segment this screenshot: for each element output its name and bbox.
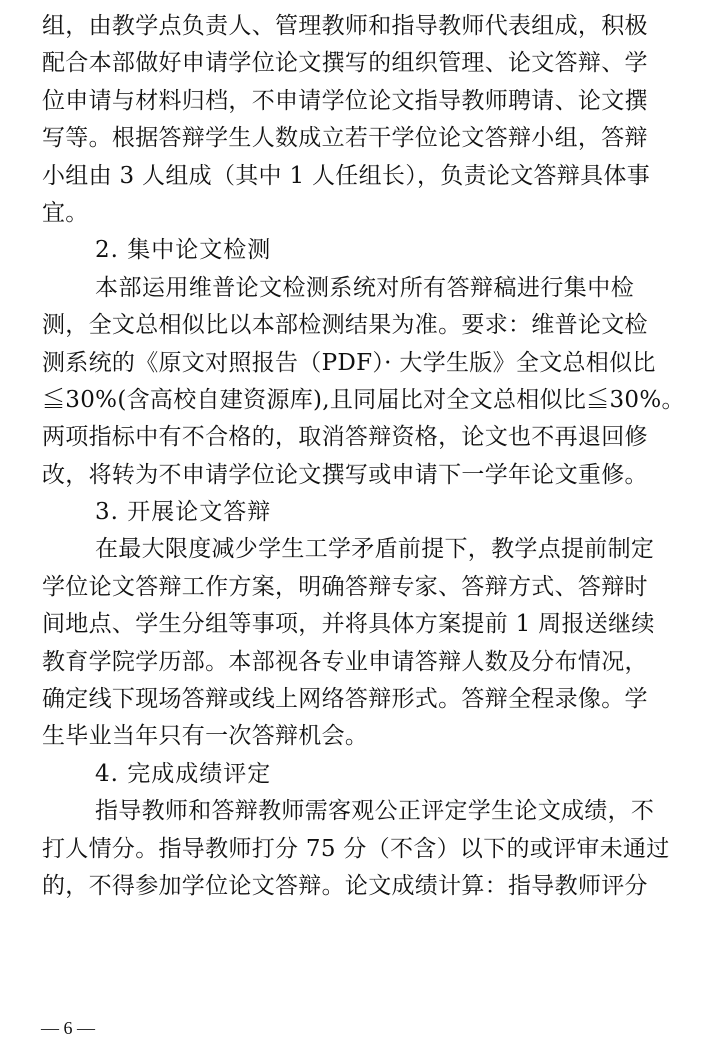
continuation-paragraph: 组，由教学点负责人、管理教师和指导教师代表组成，积极 配合本部做好申请学位论文撰… xyxy=(42,8,634,232)
section-thesis-defense: 3. 开展论文答辩 在最大限度减少学生工学矛盾前提下，教学点提前制定 学位论文答… xyxy=(42,494,634,756)
paragraph-line: 组，由教学点负责人、管理教师和指导教师代表组成，积极 xyxy=(42,8,634,45)
paragraph-line: 测系统的《原文对照报告（PDF）· 大学生版》全文总相似比 xyxy=(42,345,634,382)
paragraph-line: 打人情分。指导教师打分 75 分（不含）以下的或评审未通过 xyxy=(42,831,634,868)
paragraph-line: 确定线下现场答辩或线上网络答辩形式。答辩全程录像。学 xyxy=(42,681,634,718)
paragraph-line: 本部运用维普论文检测系统对所有答辩稿进行集中检 xyxy=(42,270,634,307)
paragraph-line: 小组由 3 人组成（其中 1 人任组长），负责论文答辩具体事 xyxy=(42,158,634,195)
paragraph-line: 指导教师和答辩教师需客观公正评定学生论文成绩，不 xyxy=(42,793,634,830)
section-heading: 3. 开展论文答辩 xyxy=(42,494,634,531)
paragraph-line: ≦30%(含高校自建资源库),且同届比对全文总相似比≦30%。 xyxy=(42,382,634,419)
document-page: 组，由教学点负责人、管理教师和指导教师代表组成，积极 配合本部做好申请学位论文撰… xyxy=(42,8,634,905)
section-heading: 2. 集中论文检测 xyxy=(42,232,634,269)
paragraph-line: 的，不得参加学位论文答辩。论文成绩计算：指导教师评分 xyxy=(42,868,634,905)
paragraph-line: 两项指标中有不合格的，取消答辩资格，论文也不再退回修 xyxy=(42,419,634,456)
section-grade-assessment: 4. 完成成绩评定 指导教师和答辩教师需客观公正评定学生论文成绩，不 打人情分。… xyxy=(42,756,634,906)
page-number: — 6 — xyxy=(41,1016,95,1040)
paragraph-line: 配合本部做好申请学位论文撰写的组织管理、论文答辩、学 xyxy=(42,45,634,82)
paragraph-line: 写等。根据答辩学生人数成立若干学位论文答辩小组，答辩 xyxy=(42,120,634,157)
paragraph-line: 学位论文答辩工作方案，明确答辩专家、答辩方式、答辩时 xyxy=(42,569,634,606)
paragraph-line: 宜。 xyxy=(42,195,634,232)
paragraph-line: 教育学院学历部。本部视各专业申请答辩人数及分布情况， xyxy=(42,644,634,681)
paragraph-line: 在最大限度减少学生工学矛盾前提下，教学点提前制定 xyxy=(42,531,634,568)
paragraph-line: 改，将转为不申请学位论文撰写或申请下一学年论文重修。 xyxy=(42,457,634,494)
paragraph-line: 位申请与材料归档，不申请学位论文指导教师聘请、论文撰 xyxy=(42,83,634,120)
section-thesis-check: 2. 集中论文检测 本部运用维普论文检测系统对所有答辩稿进行集中检 测，全文总相… xyxy=(42,232,634,494)
paragraph-line: 测，全文总相似比以本部检测结果为准。要求：维普论文检 xyxy=(42,307,634,344)
section-heading: 4. 完成成绩评定 xyxy=(42,756,634,793)
paragraph-line: 间地点、学生分组等事项，并将具体方案提前 1 周报送继续 xyxy=(42,606,634,643)
paragraph-line: 生毕业当年只有一次答辩机会。 xyxy=(42,718,634,755)
